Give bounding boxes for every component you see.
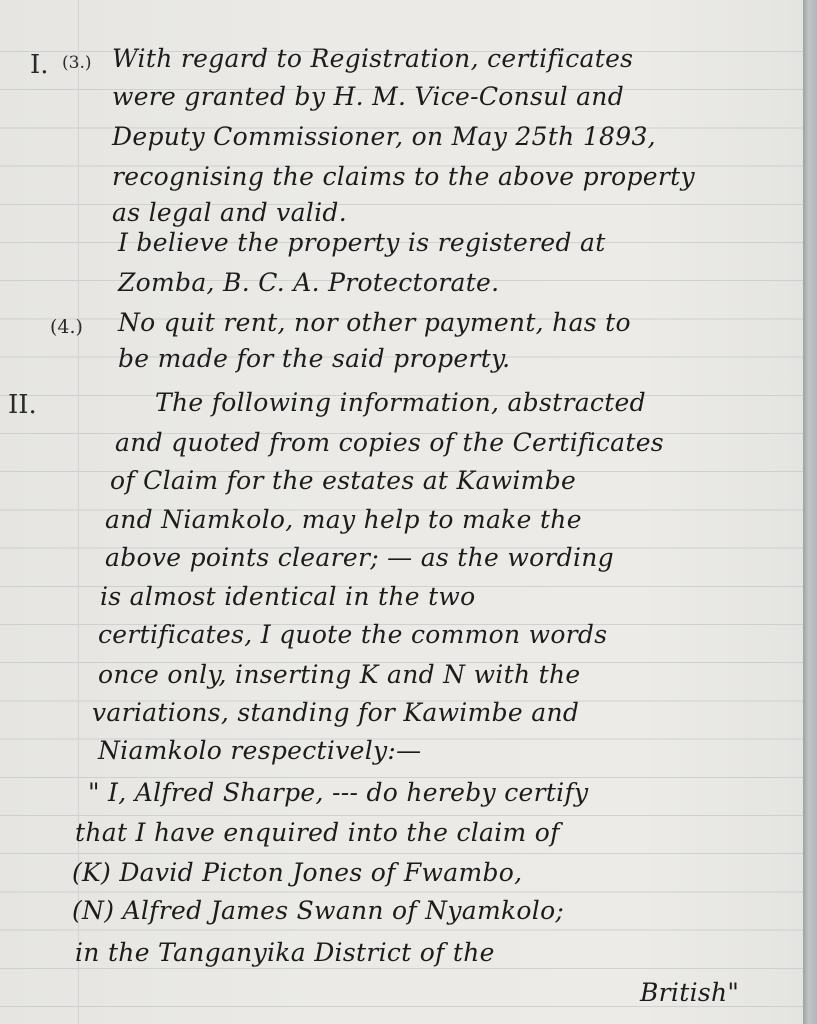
manuscript-page: I. (3.) With regard to Registration, cer… xyxy=(0,0,803,1024)
item-marker-4: (4.) xyxy=(50,316,83,338)
handwritten-text: I. (3.) With regard to Registration, cer… xyxy=(0,0,803,1024)
text-line: (N) Alfred James Swann of Nyamkolo; xyxy=(72,896,564,925)
text-line: and quoted from copies of the Certificat… xyxy=(115,428,664,457)
text-line: The following information, abstracted xyxy=(155,388,646,417)
text-line: With regard to Registration, certificate… xyxy=(112,44,633,73)
text-line: certificates, I quote the common words xyxy=(98,620,607,649)
text-line: that I have enquired into the claim of xyxy=(75,818,560,847)
text-line: British" xyxy=(640,978,739,1007)
text-line: No quit rent, nor other payment, has to xyxy=(118,308,631,337)
text-line: once only, inserting K and N with the xyxy=(98,660,580,689)
text-line: and Niamkolo, may help to make the xyxy=(105,505,582,534)
text-line: above points clearer; — as the wording xyxy=(105,543,614,572)
section-marker-II: II. xyxy=(8,390,37,420)
text-line: as legal and valid. xyxy=(112,198,347,227)
item-marker-3: (3.) xyxy=(62,53,91,73)
text-line: were granted by H. M. Vice-Consul and xyxy=(112,82,624,111)
text-line: variations, standing for Kawimbe and xyxy=(92,698,579,727)
text-line: Zomba, B. C. A. Protectorate. xyxy=(118,268,499,297)
text-line: Niamkolo respectively:— xyxy=(98,736,421,765)
section-marker-I: I. xyxy=(30,50,49,80)
text-line: recognising the claims to the above prop… xyxy=(112,162,695,191)
text-line: of Claim for the estates at Kawimbe xyxy=(110,466,576,495)
page-edge xyxy=(803,0,817,1024)
text-line: Deputy Commissioner, on May 25th 1893, xyxy=(112,122,656,151)
text-line: (K) David Picton Jones of Fwambo, xyxy=(72,858,522,887)
text-line: in the Tanganyika District of the xyxy=(75,938,495,967)
text-line: be made for the said property. xyxy=(118,344,510,373)
text-line: is almost identical in the two xyxy=(100,582,475,611)
text-line: " I, Alfred Sharpe, --- do hereby certif… xyxy=(88,778,588,807)
text-line: I believe the property is registered at xyxy=(118,228,606,257)
